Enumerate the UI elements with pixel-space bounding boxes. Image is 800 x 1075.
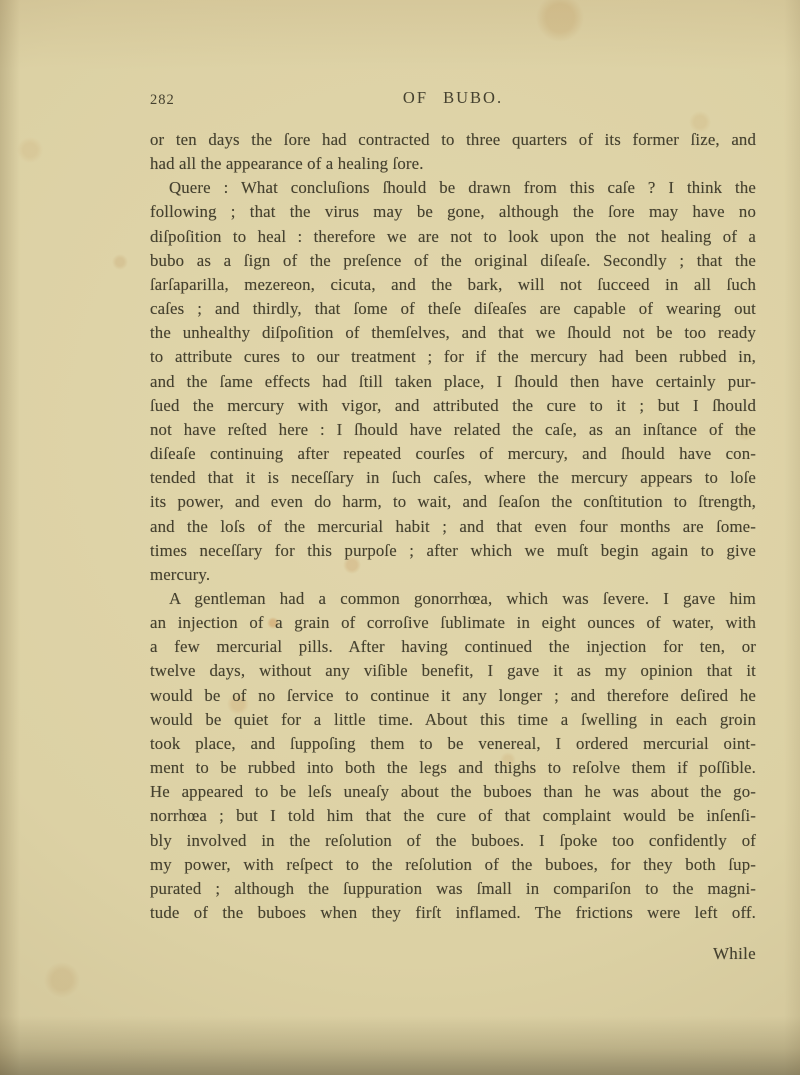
text-line: ment to be rubbed into both the legs and… <box>150 756 756 780</box>
text-line: bubo as a ſign of the preſence of the or… <box>150 249 756 273</box>
text-line: and the ſame effects had ſtill taken pla… <box>150 370 756 394</box>
text-line: twelve days, without any viſible benefit… <box>150 659 756 683</box>
text-line: my power, with reſpect to the reſolution… <box>150 853 756 877</box>
catchword: While <box>150 944 756 964</box>
text-line: would be of no ſervice to continue it an… <box>150 684 756 708</box>
text-line: diſeaſe continuing after repeated courſe… <box>150 442 756 466</box>
text-line: bly involved in the reſolution of the bu… <box>150 829 756 853</box>
text-line: norrhœa ; but I told him that the cure o… <box>150 804 756 828</box>
book-page-scan: 282 OF BUBO. or ten days the ſore had co… <box>0 0 800 1075</box>
text-line: not have reſted here : I ſhould have rel… <box>150 418 756 442</box>
text-line: its power, and even do harm, to wait, an… <box>150 490 756 514</box>
text-line: A gentleman had a common gonorrhœa, whic… <box>150 587 756 611</box>
text-line: ſued the mercury with vigor, and attribu… <box>150 394 756 418</box>
text-line: to attribute cures to our treatment ; fo… <box>150 345 756 369</box>
text-line: following ; that the virus may be gone, … <box>150 200 756 224</box>
text-line: He appeared to be leſs uneaſy about the … <box>150 780 756 804</box>
text-line: times neceſſary for this purpoſe ; after… <box>150 539 756 563</box>
body-text: or ten days the ſore had contracted to t… <box>150 128 756 925</box>
running-title: OF BUBO. <box>150 88 756 108</box>
text-line: the unhealthy diſpoſition of themſelves,… <box>150 321 756 345</box>
text-line: an injection of a grain of corroſive ſub… <box>150 611 756 635</box>
text-line: diſpoſition to heal : therefore we are n… <box>150 225 756 249</box>
text-line: a few mercurial pills. After having cont… <box>150 635 756 659</box>
text-line: mercury. <box>150 563 756 587</box>
text-line: or ten days the ſore had contracted to t… <box>150 128 756 152</box>
text-line: purated ; although the ſuppuration was ſ… <box>150 877 756 901</box>
text-line: ſarſaparilla, mezereon, cicuta, and the … <box>150 273 756 297</box>
text-line: and the loſs of the mercurial habit ; an… <box>150 515 756 539</box>
text-line: tude of the buboes when they firſt infla… <box>150 901 756 925</box>
text-line: tended that it is neceſſary in ſuch caſe… <box>150 466 756 490</box>
page-header: 282 OF BUBO. <box>150 88 756 110</box>
text-line: would be quiet for a little time. About … <box>150 708 756 732</box>
text-line: caſes ; and thirdly, that ſome of theſe … <box>150 297 756 321</box>
text-line: Quere : What concluſions ſhould be drawn… <box>150 176 756 200</box>
text-line: had all the appearance of a healing ſore… <box>150 152 756 176</box>
text-line: took place, and ſuppoſing them to be ven… <box>150 732 756 756</box>
